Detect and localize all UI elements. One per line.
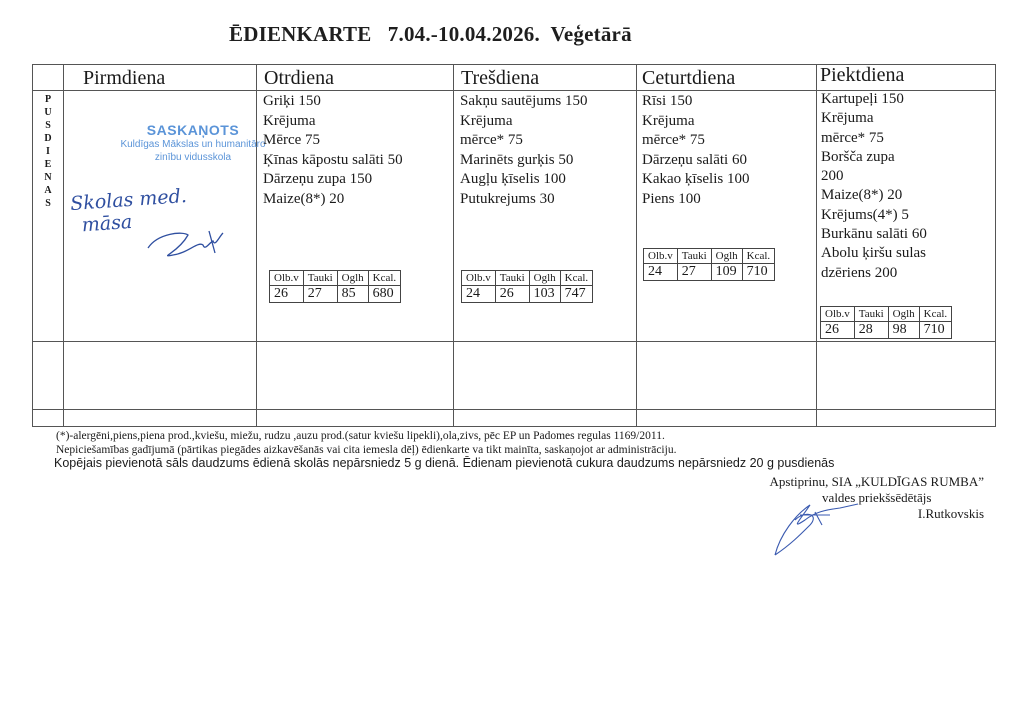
- nutrition-value: 24: [462, 286, 496, 303]
- label-letter: I: [33, 145, 63, 158]
- day-header-thursday: Ceturtdiena: [636, 65, 816, 89]
- dish-item: Dārzeņu zupa 150: [263, 170, 403, 190]
- director-signature: [770, 490, 860, 560]
- nutrition-value: 747: [560, 286, 593, 303]
- label-letter: N: [33, 171, 63, 184]
- dish-item: Boršča zupa: [821, 148, 927, 167]
- dish-item: Abolu ķiršu sulas: [821, 244, 927, 263]
- nutrition-value: 26: [270, 286, 304, 303]
- label-letter: A: [33, 184, 63, 197]
- dish-item: Putukrejums 30: [460, 190, 588, 210]
- nutrition-table-tuesday: Olb.vTaukiOglhKcal.262785680: [269, 270, 401, 303]
- column-divider: [636, 65, 637, 426]
- dish-item: 200: [821, 167, 927, 186]
- nutrition-value: 710: [919, 322, 952, 339]
- nutrition-header: Oglh: [711, 249, 742, 264]
- dish-item: Kartupeļi 150: [821, 90, 927, 109]
- nutrition-header: Oglh: [888, 307, 919, 322]
- page-title: ĒDIENKARTE 7.04.-10.04.2026. Veģetārā: [229, 22, 632, 47]
- dish-item: Marinēts gurķis 50: [460, 151, 588, 171]
- nutrition-header: Olb.v: [270, 271, 304, 286]
- nutrition-value: 24: [644, 264, 678, 281]
- dish-item: Sakņu sautējums 150: [460, 92, 588, 112]
- nutrition-value: 98: [888, 322, 919, 339]
- nutrition-table-wednesday: Olb.vTaukiOglhKcal.2426103747: [461, 270, 593, 303]
- footnotes: (*)-alergēni,piens,piena prod.,kviešu, m…: [56, 430, 834, 471]
- dish-item: mērce* 75: [821, 129, 927, 148]
- approval-stamp: SASKAŅOTS Kuldīgas Mākslas un humanitāro…: [108, 122, 278, 164]
- stamp-line: Kuldīgas Mākslas un humanitāro: [108, 138, 278, 151]
- dish-item: Krējuma: [263, 112, 403, 132]
- dish-item: dzēriens 200: [821, 264, 927, 283]
- nutrition-header: Kcal.: [742, 249, 775, 264]
- label-letter: S: [33, 197, 63, 210]
- dish-item: Ķīnas kāpostu salāti 50: [263, 151, 403, 171]
- nutrition-header: Kcal.: [560, 271, 593, 286]
- dish-item: Mērce 75: [263, 131, 403, 151]
- label-letter: E: [33, 158, 63, 171]
- change-note: Nepiciešamības gadījumā (pārtikas piegād…: [56, 444, 834, 458]
- row-divider: [33, 409, 995, 410]
- nutrition-value: 710: [742, 264, 775, 281]
- dish-item: Krējuma: [460, 112, 588, 132]
- nutrition-value: 109: [711, 264, 742, 281]
- nutrition-value: 26: [495, 286, 529, 303]
- nutrition-value: 27: [677, 264, 711, 281]
- day-header-monday: Pirmdiena: [63, 65, 256, 89]
- day-header-tuesday: Otrdiena: [256, 65, 453, 89]
- menu-table: P U S D I E N A S Pirmdiena Otrdiena Tre…: [32, 64, 996, 427]
- nutrition-header: Oglh: [529, 271, 560, 286]
- nutrition-value: 27: [303, 286, 337, 303]
- nutrition-header: Tauki: [677, 249, 711, 264]
- lunch-row-label: P U S D I E N A S: [33, 93, 63, 210]
- label-letter: D: [33, 132, 63, 145]
- nutrition-header: Kcal.: [919, 307, 952, 322]
- dish-list-thursday: Rīsi 150Krējumamērce* 75Dārzeņu salāti 6…: [639, 92, 749, 209]
- nutrition-header: Tauki: [495, 271, 529, 286]
- nutrition-header: Oglh: [337, 271, 368, 286]
- nutrition-table-friday: Olb.vTaukiOglhKcal.262898710: [820, 306, 952, 339]
- nutrition-header: Olb.v: [821, 307, 855, 322]
- stamp-line: zinību vidusskola: [108, 151, 278, 164]
- dish-item: Griķi 150: [263, 92, 403, 112]
- day-header-friday: Piektdiena: [816, 62, 996, 86]
- column-divider: [816, 65, 817, 426]
- dish-item: Burkānu salāti 60: [821, 225, 927, 244]
- dish-item: mērce* 75: [460, 131, 588, 151]
- dish-item: Kakao ķīselis 100: [642, 170, 749, 190]
- dish-list-tuesday: Griķi 150KrējumaMērce 75Ķīnas kāpostu sa…: [260, 92, 403, 209]
- nutrition-header: Olb.v: [644, 249, 678, 264]
- label-letter: P: [33, 93, 63, 106]
- stamp-title: SASKAŅOTS: [108, 122, 278, 138]
- dish-item: Rīsi 150: [642, 92, 749, 112]
- dish-item: mērce* 75: [642, 131, 749, 151]
- dish-item: Krējuma: [821, 109, 927, 128]
- nutrition-header: Kcal.: [368, 271, 401, 286]
- dish-item: Krējuma: [642, 112, 749, 132]
- nutrition-header: Olb.v: [462, 271, 496, 286]
- dish-item: Piens 100: [642, 190, 749, 210]
- allergen-note: (*)-alergēni,piens,piena prod.,kviešu, m…: [56, 430, 834, 444]
- nutrition-header: Tauki: [854, 307, 888, 322]
- row-divider: [33, 341, 995, 342]
- salt-sugar-note: Kopējais pievienotā sāls daudzums ēdienā…: [54, 457, 834, 471]
- nutrition-value: 85: [337, 286, 368, 303]
- approval-company: Apstiprinu, SIA „KULDĪGAS RUMBA”: [770, 474, 985, 490]
- nutrition-value: 103: [529, 286, 560, 303]
- nutrition-header: Tauki: [303, 271, 337, 286]
- dish-list-wednesday: Sakņu sautējums 150Krējumamērce* 75Marin…: [457, 92, 588, 209]
- nutrition-value: 28: [854, 322, 888, 339]
- dish-item: Maize(8*) 20: [263, 190, 403, 210]
- dish-item: Dārzeņu salāti 60: [642, 151, 749, 171]
- dish-item: Krējums(4*) 5: [821, 206, 927, 225]
- nutrition-value: 680: [368, 286, 401, 303]
- nurse-signature: [143, 223, 233, 263]
- label-letter: U: [33, 106, 63, 119]
- column-divider: [453, 65, 454, 426]
- column-divider: [256, 65, 257, 426]
- nutrition-value: 26: [821, 322, 855, 339]
- dish-list-friday: Kartupeļi 150Krējumamērce* 75Boršča zupa…: [818, 90, 927, 283]
- label-letter: S: [33, 119, 63, 132]
- nutrition-table-thursday: Olb.vTaukiOglhKcal.2427109710: [643, 248, 775, 281]
- column-divider: [63, 65, 64, 426]
- dish-item: Augļu ķīselis 100: [460, 170, 588, 190]
- dish-item: Maize(8*) 20: [821, 186, 927, 205]
- day-header-wednesday: Trešdiena: [453, 65, 636, 89]
